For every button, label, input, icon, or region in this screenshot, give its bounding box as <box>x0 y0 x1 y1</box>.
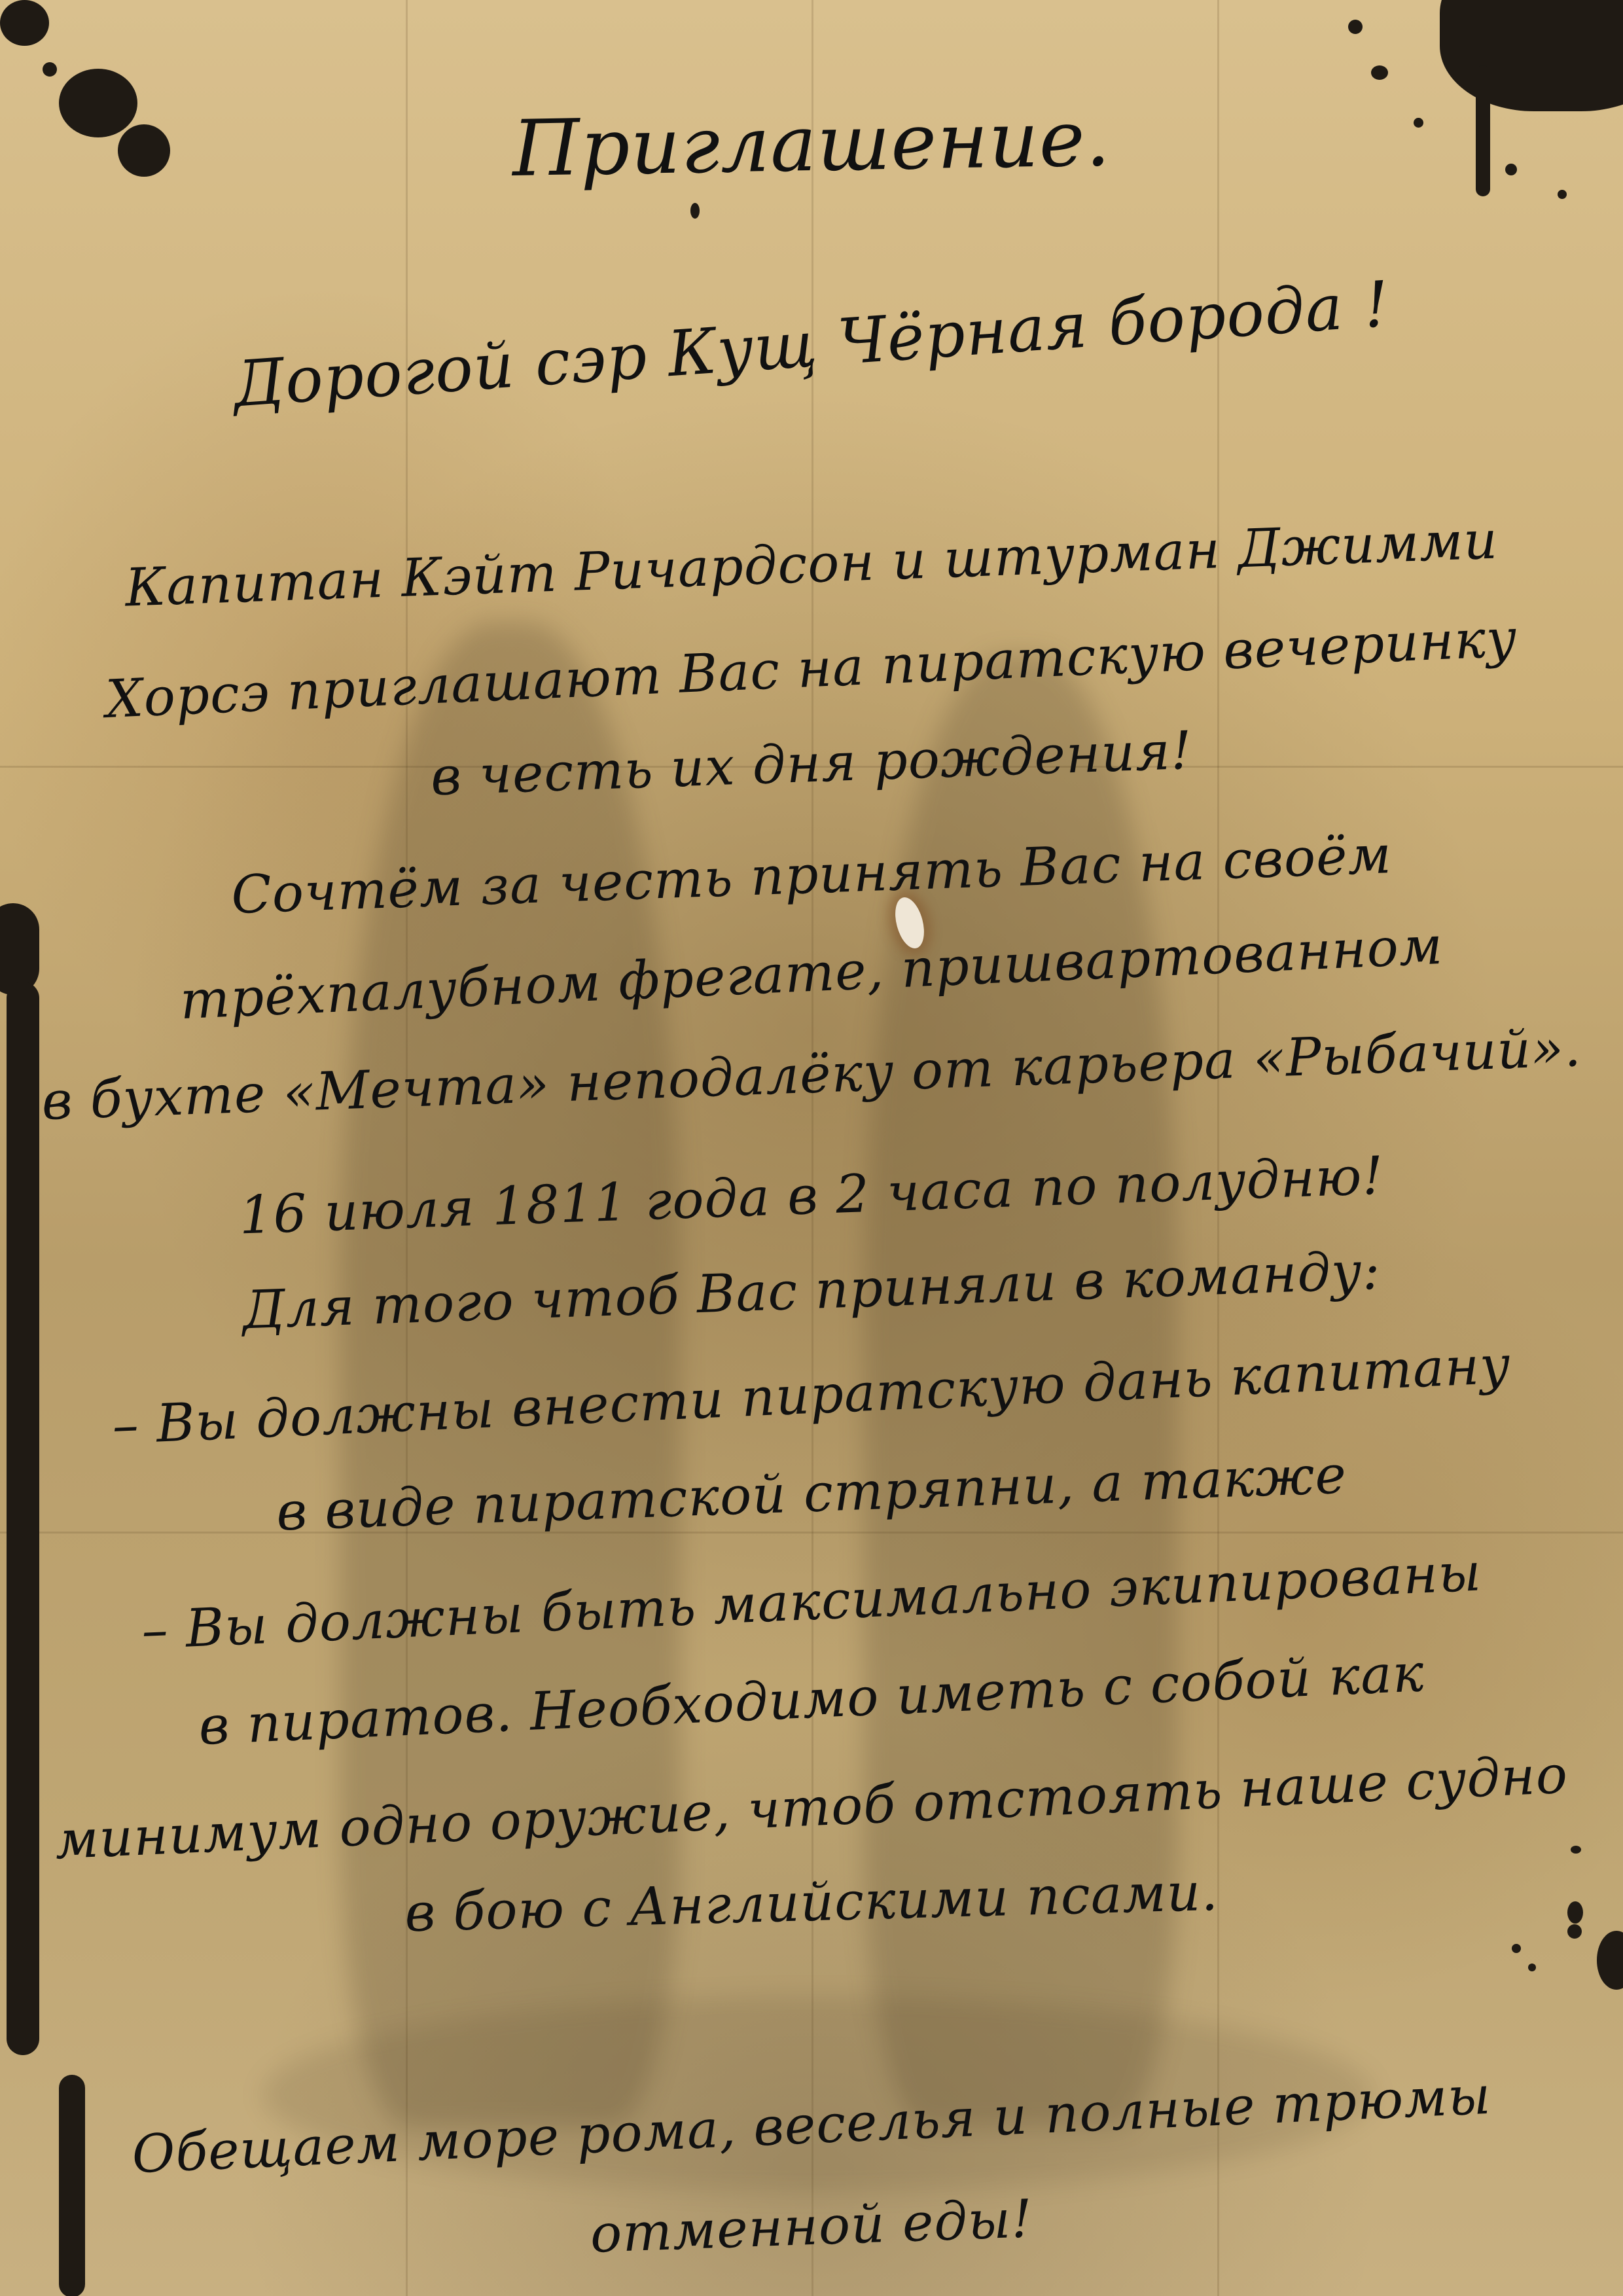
letter-line: – Вы должны внести пиратскую дань капита… <box>0 1329 1623 1461</box>
letter-line: 16 июля 1811 года в 2 часа по полудню! <box>0 1137 1623 1254</box>
letter-line: трёхпалубном фрегате, пришвартованном <box>0 907 1623 1039</box>
letter-line: в бухте «Мечта» неподалёку от карьера «Р… <box>0 1016 1623 1133</box>
letter-line: минимум одно оружие, чтоб отстоять наше … <box>0 1742 1623 1873</box>
letter-line: Капитан Кэйт Ричардсон и штурман Джимми <box>0 505 1623 622</box>
invitation-letter: Приглашение. Дорогой сэр Кущ Чёрная боро… <box>0 0 1623 2296</box>
letter-line: Сочтём за честь принять Вас на своём <box>0 816 1623 933</box>
salutation: Дорогой сэр Кущ Чёрная борода ! <box>0 251 1623 438</box>
letter-line: в бою с Английскими псами. <box>0 1851 1623 1954</box>
letter-line: Для того чтоб Вас приняли в команду: <box>0 1232 1623 1349</box>
letter-line: Обещаем море рома, веселья и полные трюм… <box>0 2059 1623 2191</box>
invitation-title: Приглашение. <box>0 84 1623 202</box>
letter-line: в виде пиратской стряпни, а также <box>0 1435 1623 1552</box>
letter-line: отменной еды! <box>0 2168 1623 2285</box>
